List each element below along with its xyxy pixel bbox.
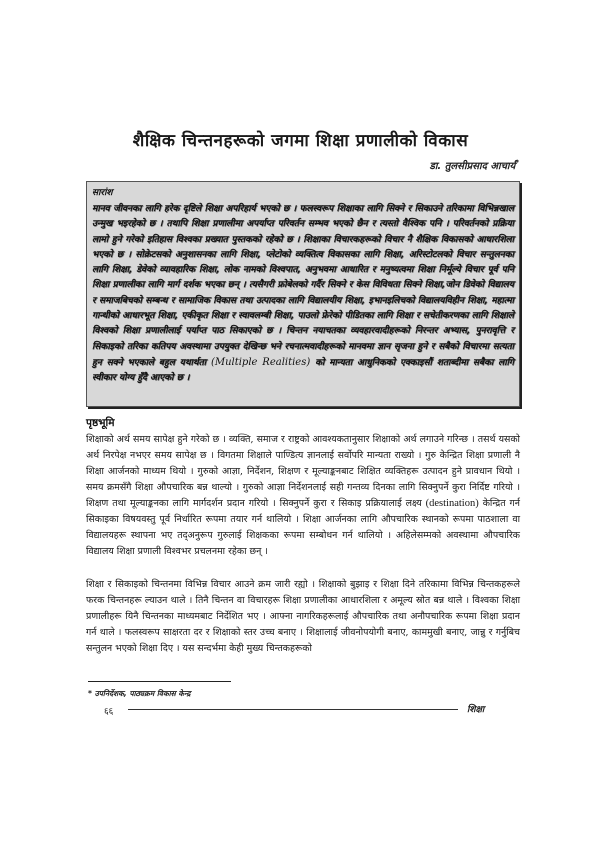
abstract-latin-term: (Multiple Realities)	[211, 357, 310, 368]
abstract-box: सारांश मानव जीवनका लागि हरेक दृष्टिले शि…	[86, 181, 520, 407]
author-name-text: डा. तुलसीप्रसाद आचार्य	[429, 161, 515, 172]
footnote-text: उपनिर्देशक, पाठ्यक्रम विकास केन्द्र	[95, 689, 191, 698]
abstract-text: मानव जीवनका लागि हरेक दृष्टिले शिक्षा अप…	[92, 202, 514, 387]
article-title: शैक्षिक चिन्तनहरूको जगमा शिक्षा प्रणालीक…	[0, 128, 601, 151]
background-heading: पृष्ठभूमि	[86, 416, 115, 430]
footnote: * उपनिर्देशक, पाठ्यक्रम विकास केन्द्र	[88, 689, 190, 699]
para1-latin-term: (destination)	[426, 498, 479, 509]
footer-divider	[128, 709, 458, 710]
author-name: डा. तुलसीप्रसाद आचार्य*	[429, 158, 519, 172]
page-number: ६६	[104, 704, 113, 717]
abstract-heading: सारांश	[92, 185, 514, 198]
footnote-divider	[88, 681, 231, 682]
background-paragraph-1: शिक्षाको अर्थ समय सापेक्ष हुने गरेको छ ।…	[86, 432, 520, 560]
footnote-marker: *	[88, 689, 92, 698]
journal-name: शिक्षा	[467, 702, 484, 715]
abstract-text-part1: मानव जीवनका लागि हरेक दृष्टिले शिक्षा अप…	[92, 204, 514, 368]
background-paragraph-2: शिक्षा र सिकाइको चिन्तनमा विभिन्न विचार …	[86, 577, 520, 657]
author-footnote-marker: *	[515, 159, 519, 167]
